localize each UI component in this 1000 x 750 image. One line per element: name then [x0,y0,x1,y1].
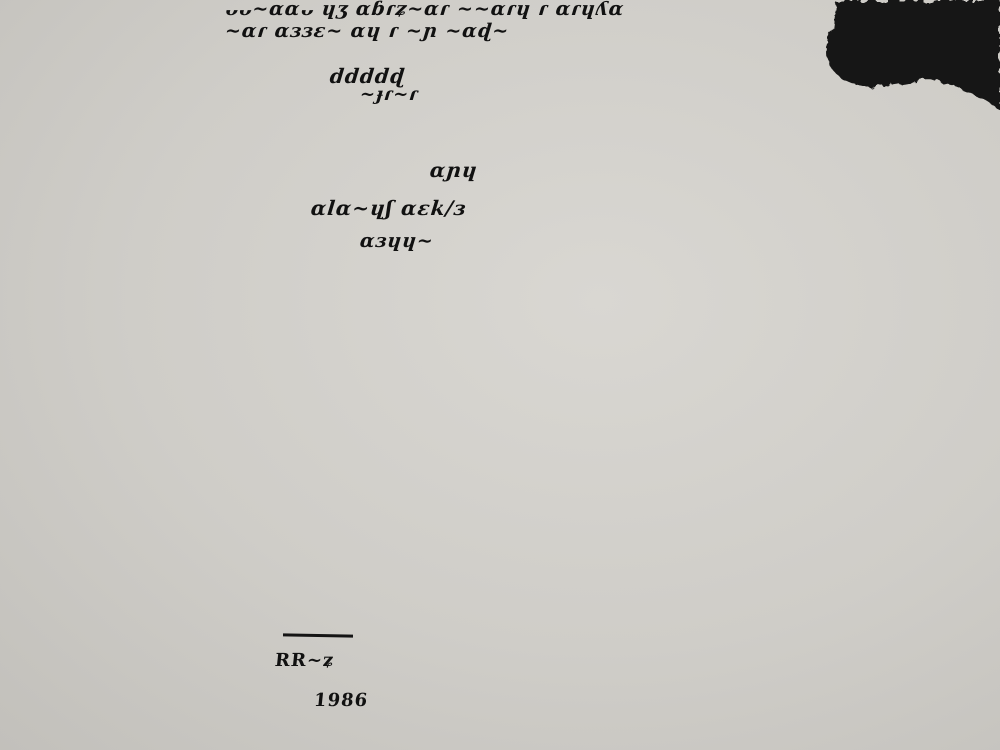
text-line-6: ɑlɑ~ɥʃ ɑɛk/ɜ [310,196,468,220]
text-line-1: ᴗᴗ~ɑɑᴗ ɥʒ ɑɓɾʑ~ɑɾ ~~ɑɾɥ ɾ ɑɾɥʎɑ [224,0,626,20]
signature-rule [283,633,353,637]
ink-blot [800,0,1000,115]
text-line-2: ~ɑɾ ɑɜɜɛ~ ɑɥ ɾ ~ɲ ~ɑɖ~ [224,20,510,42]
text-line-5: ɑɲɥ [429,158,479,182]
text-line-4: ~ɟɾ~ɾ [359,84,420,105]
signature-year: 1986 [313,690,369,711]
text-line-7: ɑɜɥɥ~ [359,230,435,252]
signature-mark: RR~ʑ [274,650,335,671]
